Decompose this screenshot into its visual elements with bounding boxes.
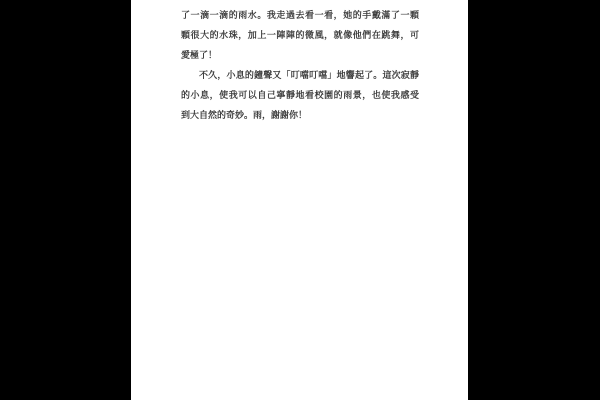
text-line: 到大自然的奇妙。雨，謝謝你！: [181, 106, 419, 126]
viewer-background: 了一滴一滴的雨水。我走過去看一看，她的手戴滿了一顆 顆很大的水珠，加上一陣陣的微…: [0, 0, 600, 400]
text-line: 不久，小息的鐘聲又「叮噹叮噹」地響起了。這次寂靜: [181, 66, 419, 86]
text-line: 的小息，使我可以自己寧靜地看校園的雨景，也使我感受: [181, 86, 419, 106]
document-page: 了一滴一滴的雨水。我走過去看一看，她的手戴滿了一顆 顆很大的水珠，加上一陣陣的微…: [131, 0, 468, 400]
text-line: 顆很大的水珠，加上一陣陣的微風，就像他們在跳舞，可: [181, 26, 419, 46]
paragraph: 了一滴一滴的雨水。我走過去看一看，她的手戴滿了一顆 顆很大的水珠，加上一陣陣的微…: [181, 6, 419, 66]
paragraph: 不久，小息的鐘聲又「叮噹叮噹」地響起了。這次寂靜 的小息，使我可以自己寧靜地看校…: [181, 66, 419, 126]
text-block: 了一滴一滴的雨水。我走過去看一看，她的手戴滿了一顆 顆很大的水珠，加上一陣陣的微…: [131, 0, 468, 126]
text-line: 愛極了！: [181, 46, 419, 66]
text-line: 了一滴一滴的雨水。我走過去看一看，她的手戴滿了一顆: [181, 6, 419, 26]
